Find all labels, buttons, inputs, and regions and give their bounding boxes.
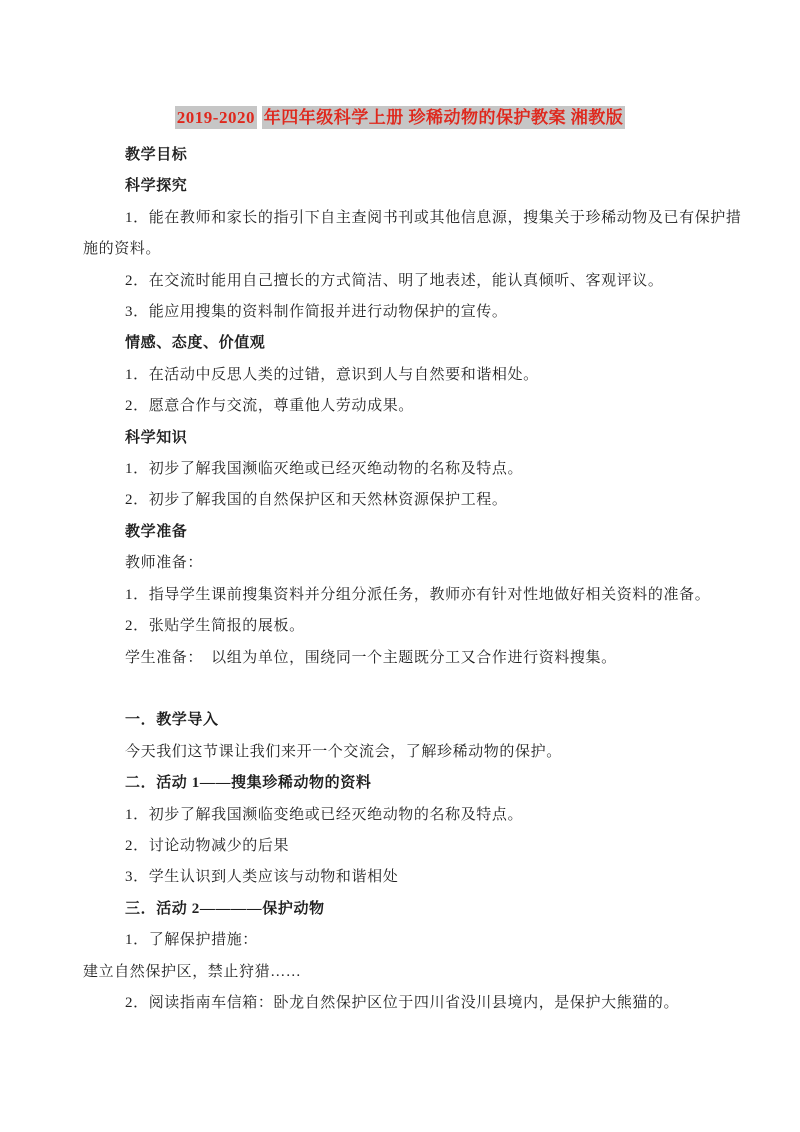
para-inquiry-3: 3．能应用搜集的资料制作简报并进行动物保护的宣传。 <box>83 297 753 328</box>
heading-section-3-activity-2: 三．活动 2————保护动物 <box>83 894 753 925</box>
document-page: 2019-2020 年四年级科学上册 珍稀动物的保护教案 湘教版 教学目标 科学… <box>0 0 800 1132</box>
para-teacher-prep-1: 1．指导学生课前搜集资料并分组分派任务，教师亦有针对性地做好相关资料的准备。 <box>83 580 753 611</box>
para-activity1-3: 3．学生认识到人类应该与动物和谐相处 <box>83 862 753 893</box>
blank-line <box>83 674 753 705</box>
heading-science-inquiry: 科学探究 <box>83 171 753 202</box>
para-activity2-3: 2．阅读指南车信箱：卧龙自然保护区位于四川省没川县境内，是保护大熊猫的。 <box>83 988 753 1019</box>
title-highlight-year: 2019-2020 <box>175 106 257 129</box>
para-activity2-1: 1．了解保护措施： <box>83 925 753 956</box>
heading-teaching-preparation: 教学准备 <box>83 517 753 548</box>
para-intro-text: 今天我们这节课让我们来开一个交流会，了解珍稀动物的保护。 <box>83 737 753 768</box>
para-knowledge-2: 2．初步了解我国的自然保护区和天然林资源保护工程。 <box>83 485 753 516</box>
para-activity1-1: 1．初步了解我国濒临变绝或已经灭绝动物的名称及特点。 <box>83 800 753 831</box>
para-inquiry-1: 1．能在教师和家长的指引下自主查阅书刊或其他信息源，搜集关于珍稀动物及已有保护措… <box>83 203 753 266</box>
heading-section-2-activity-1: 二．活动 1——搜集珍稀动物的资料 <box>83 768 753 799</box>
document-body: 教学目标 科学探究 1．能在教师和家长的指引下自主查阅书刊或其他信息源，搜集关于… <box>83 140 753 1019</box>
para-values-1: 1．在活动中反思人类的过错，意识到人与自然要和谐相处。 <box>83 360 753 391</box>
heading-section-1-intro: 一．教学导入 <box>83 705 753 736</box>
heading-science-knowledge: 科学知识 <box>83 423 753 454</box>
heading-teaching-objectives: 教学目标 <box>83 140 753 171</box>
para-activity1-2: 2．讨论动物减少的后果 <box>83 831 753 862</box>
para-student-prep: 学生准备： 以组为单位，围绕同一个主题既分工又合作进行资料搜集。 <box>83 643 753 674</box>
title-highlight-main: 年四年级科学上册 珍稀动物的保护教案 湘教版 <box>262 106 626 129</box>
para-inquiry-2: 2．在交流时能用自己擅长的方式简洁、明了地表述，能认真倾听、客观评议。 <box>83 266 753 297</box>
document-title: 2019-2020 年四年级科学上册 珍稀动物的保护教案 湘教版 <box>0 0 800 130</box>
para-values-2: 2．愿意合作与交流，尊重他人劳动成果。 <box>83 391 753 422</box>
para-knowledge-1: 1．初步了解我国濒临灭绝或已经灭绝动物的名称及特点。 <box>83 454 753 485</box>
para-teacher-prep-label: 教师准备： <box>83 548 753 579</box>
para-activity2-2: 建立自然保护区，禁止狩猎…… <box>83 957 753 988</box>
para-teacher-prep-2: 2．张贴学生简报的展板。 <box>83 611 753 642</box>
heading-emotion-attitude-values: 情感、态度、价值观 <box>83 328 753 359</box>
